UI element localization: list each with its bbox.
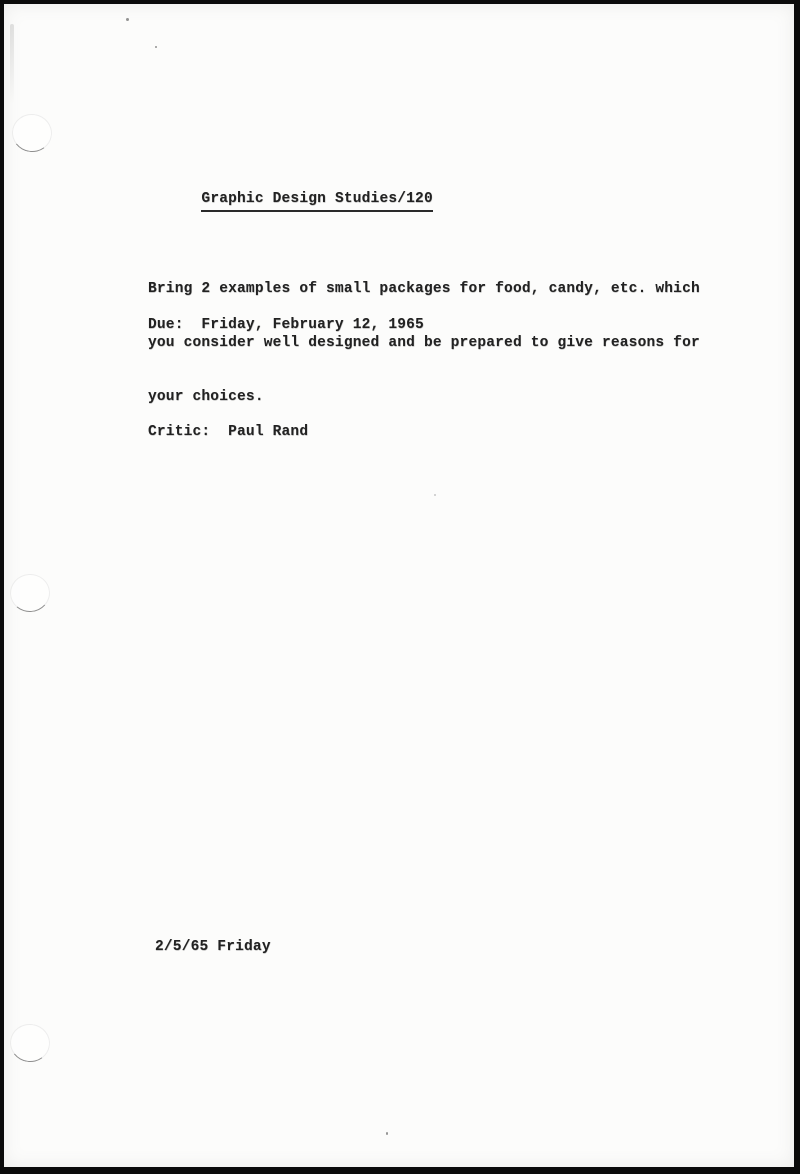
due-date-line: Due: Friday, February 12, 1965 [148,316,424,334]
scan-edge-artifact [10,24,14,104]
scan-speck [434,494,436,496]
scan-speck [126,18,129,21]
scanned-document: Graphic Design Studies/120 Bring 2 examp… [0,0,800,1174]
assignment-line: your choices. [148,388,700,406]
paper-sheet: Graphic Design Studies/120 Bring 2 examp… [4,4,794,1167]
scan-speck [386,1132,388,1135]
punch-hole-bottom [8,1021,53,1064]
footer-date-line: 2/5/65 Friday [155,938,271,956]
assignment-paragraph: Bring 2 examples of small packages for f… [148,244,700,442]
document-title-text: Graphic Design Studies/120 [201,190,432,212]
document-title: Graphic Design Studies/120 [148,172,433,230]
punch-hole-top [10,111,55,154]
assignment-line: Bring 2 examples of small packages for f… [148,280,700,298]
scan-speck [155,46,157,48]
punch-hole-middle [9,573,52,614]
critic-line: Critic: Paul Rand [148,423,308,441]
assignment-line: you consider well designed and be prepar… [148,334,700,352]
